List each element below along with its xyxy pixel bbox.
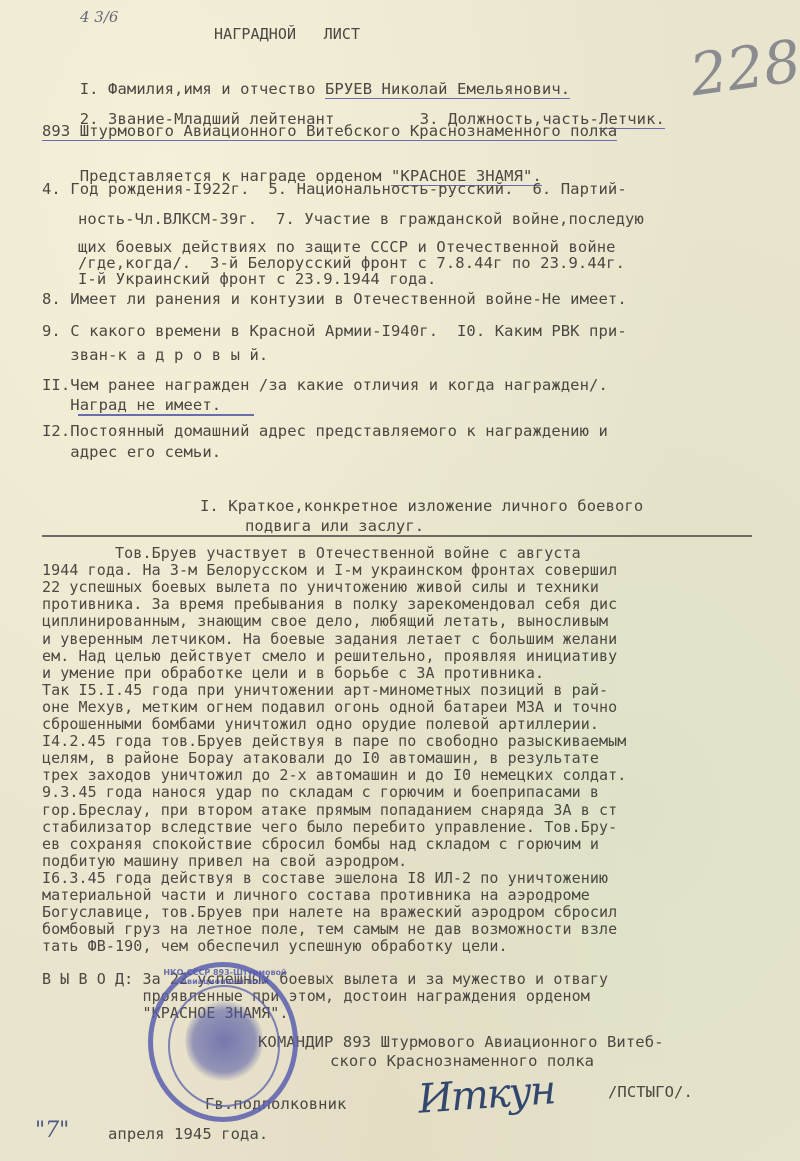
conclusion-line: проявленные при этом, достоин награждени… <box>42 987 590 1005</box>
signer-name: /ПСТЫГО/. <box>608 1083 693 1101</box>
narrative-line: ем. Над целью действует смело и решитель… <box>42 647 617 665</box>
line-8: 8. Имеет ли ранения и контузии в Отечест… <box>42 290 627 308</box>
narrative-line: тать ФВ-190, чем обеспечил успешную обра… <box>42 937 508 955</box>
narrative-line: оне Мехув, метким огнем подавил огонь од… <box>42 698 617 716</box>
narrative-line: 9.3.45 года нанося удар по складам с гор… <box>42 783 599 801</box>
narrative-line: материальной части и личного состава про… <box>42 886 590 904</box>
line-12-cont: адрес его семьи. <box>42 443 221 461</box>
narrative-line: циплинированным, знающим свое дело, любя… <box>42 612 608 630</box>
narrative-line: подбитую машину привел на свой аэродром. <box>42 852 407 870</box>
narrative-line: гор.Бреслау, при втором атаке прямым поп… <box>42 801 617 819</box>
line-7-fronts-2: I-й Украинский фронт с 23.9.1944 года. <box>78 270 436 288</box>
handwritten-corner-note: 4 3/6 <box>80 8 118 26</box>
line-12: I2.Постоянный домашний адрес представляе… <box>42 422 608 440</box>
narrative-line: и умение при обработке цели и в борьбе с… <box>42 664 544 682</box>
conclusion-line: В Ы В О Д: За 22 успешных боевых вылета … <box>42 970 608 988</box>
line-4-6: 4. Год рождения-I922г. 5. Национальность… <box>42 180 627 198</box>
line-11-underline <box>78 414 254 416</box>
line-9-10: 9. С какого времени в Красной Армии-I940… <box>42 322 627 340</box>
narrative-line: I4.2.45 года тов.Бруев действуя в паре п… <box>42 732 626 750</box>
narrative-line: Богуславице, тов.Бруев при налете на вра… <box>42 903 617 921</box>
narrative-line: ев сохраняя спокойствие сбросил бомбы на… <box>42 835 599 853</box>
narrative-line: Так I5.I.45 года при уничтожении арт-мин… <box>42 681 608 699</box>
line-11-answer: Наград не имеет. <box>42 396 221 414</box>
line-10-cont: зван-к а д р о в ы й. <box>42 346 268 364</box>
commander-line-1: КОМАНДИР 893 Штурмового Авиационного Вит… <box>258 1033 664 1051</box>
line-11: II.Чем ранее награжден /за какие отличия… <box>42 376 608 394</box>
section-heading-cont: подвига или заслуг. <box>245 517 424 535</box>
award-sheet-page: 4 3/6 228 НАГРАДНОЙ ЛИСТ I. Фамилия,имя … <box>0 0 800 1161</box>
line-7: ность-Чл.ВЛКСМ-39г. 7. Участие в граждан… <box>78 210 644 228</box>
handwritten-signature: Иткун <box>417 1067 556 1122</box>
commander-line-2: ского Краснознаменного полка <box>330 1052 594 1070</box>
document-title: НАГРАДНОЙ ЛИСТ <box>214 25 360 43</box>
narrative-line: бомбовый груз на летное поле, тем самым … <box>42 920 617 938</box>
narrative-line: 22 успешных боевых вылета по уничтожению… <box>42 578 599 596</box>
narrative-line: Тов.Бруев участвует в Отечественной войн… <box>42 544 581 562</box>
section-divider <box>42 535 752 537</box>
narrative-line: трех заходов уничтожил до 2-х автомашин … <box>42 766 626 784</box>
narrative-line: противника. За время пребывания в полку … <box>42 595 617 613</box>
stamp-text: НКО-СССР 893-Штурмовой Авиационный полк <box>150 968 300 986</box>
narrative-line: целям, в районе Борау атаковали до I0 ав… <box>42 749 599 767</box>
narrative-line: стабилизатор вследствие чего было переби… <box>42 818 617 836</box>
section-heading: I. Краткое,конкретное изложение личного … <box>200 497 643 515</box>
narrative-line: и уверенным летчиком. На боевые задания … <box>42 630 617 648</box>
field-unit: 893 Штурмового Авиационного Витебского К… <box>42 122 617 141</box>
handwritten-page-number: 228 <box>686 27 800 110</box>
stamp-emblem-icon <box>185 1000 263 1082</box>
narrative-line: I6.3.45 года действуя в составе эшелона … <box>42 869 608 887</box>
date-rest: апреля 1945 года. <box>108 1125 268 1143</box>
narrative-line: 1944 года. На 3-м Белорусском и I-м укра… <box>42 561 617 579</box>
narrative-line: сброшенными бомбами уничтожил одно оруди… <box>42 715 599 733</box>
date-day: "7" <box>35 1118 69 1143</box>
